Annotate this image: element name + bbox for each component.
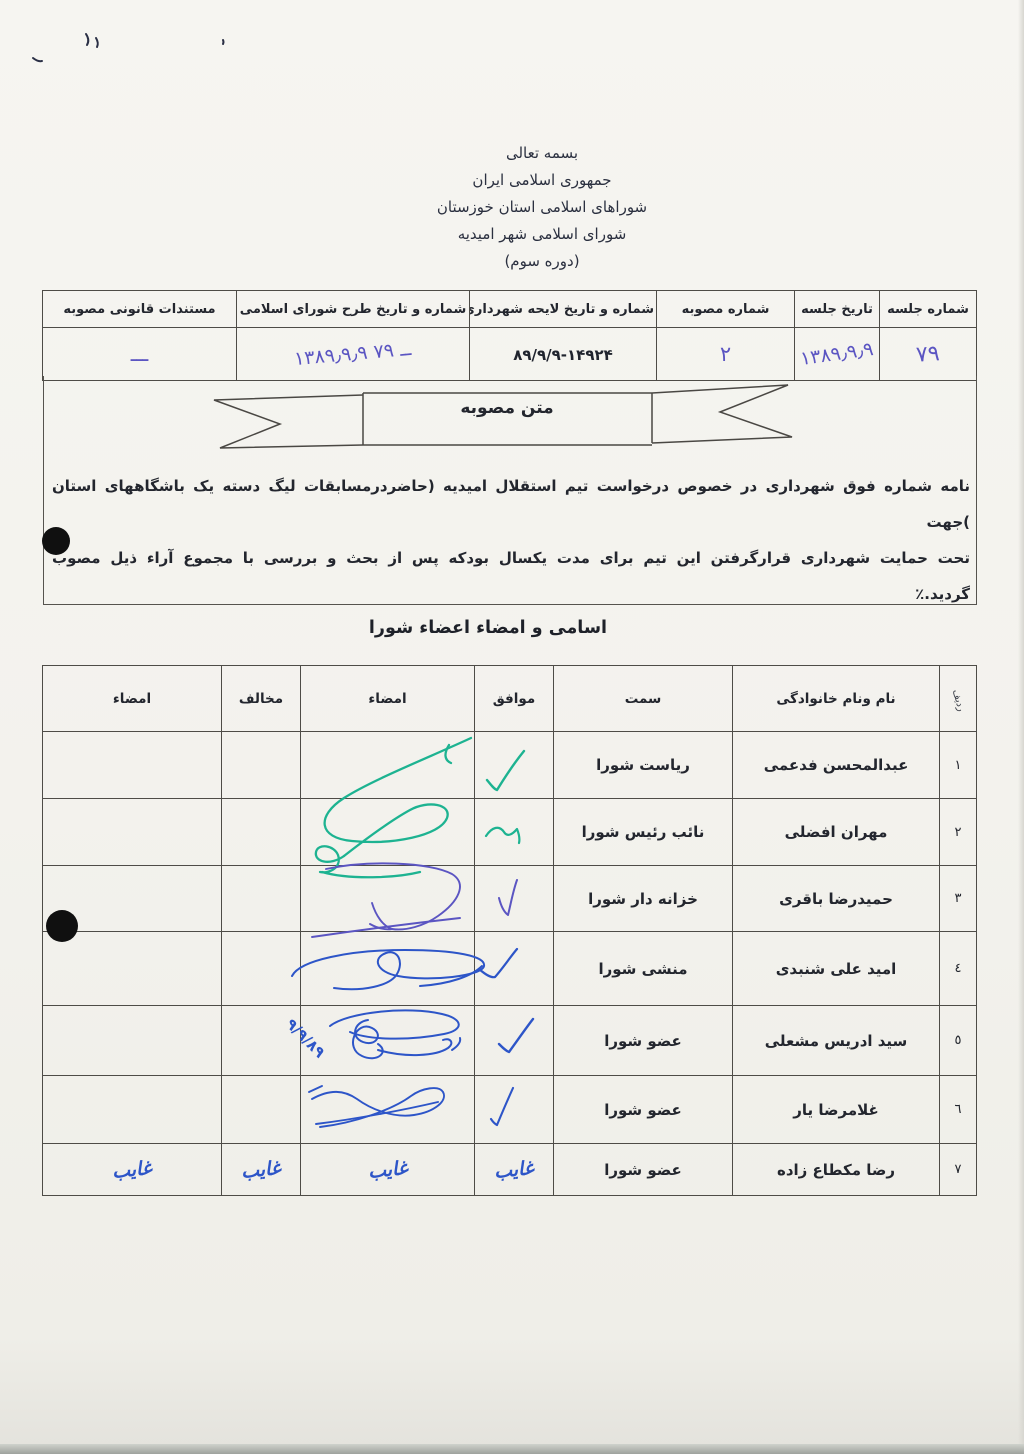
member-position: عضو شورا xyxy=(554,1076,733,1144)
scanned-council-resolution-page: بسمه تعالی جمهوری اسلامی ایران شوراهای ا… xyxy=(0,0,1024,1454)
row-no: ١ xyxy=(940,732,977,799)
member-row-3: ٣ حمیدرضا باقری خزانه دار شورا xyxy=(43,866,977,932)
pen-speck-marks xyxy=(33,34,224,61)
member-position: نائب رئیس شورا xyxy=(554,799,733,866)
member-row-4: ٤ امید علی شنبدی منشی شورا xyxy=(43,932,977,1006)
absent-mark-agree: غایب xyxy=(493,1156,535,1182)
meta-header-plan: شماره و تاریخ طرح شورای اسلامی xyxy=(237,291,470,328)
member-name: امید علی شنبدی xyxy=(733,932,940,1006)
row-no: ٢ xyxy=(940,799,977,866)
scan-edge-right xyxy=(1018,0,1024,1454)
member-position: ریاست شورا xyxy=(554,732,733,799)
members-header-row: ردیف نام ونام خانوادگی سمت موافق امضاء م… xyxy=(43,666,977,732)
absent-mark-signature: غایب xyxy=(367,1156,409,1182)
member-row-6: ٦ غلامرضا یار عضو شورا xyxy=(43,1076,977,1144)
row-no: ٦ xyxy=(940,1076,977,1144)
members-header-signature: امضاء xyxy=(301,666,475,732)
members-header-position: سمت xyxy=(554,666,733,732)
meta-header-session-date: تاریخ جلسه xyxy=(795,291,880,328)
members-header-oppose: مخالف xyxy=(222,666,301,732)
row-no: ٥ xyxy=(940,1006,977,1076)
header-country: جمهوری اسلامی ایران xyxy=(262,167,822,194)
body-line-1: نامه شماره فوق شهرداری در خصوص درخواست ت… xyxy=(52,468,970,540)
handwritten-session-no: ۷۹ xyxy=(915,341,940,368)
punch-mark-bottom xyxy=(46,910,78,942)
handwritten-plan-number-date: ۱۳۸۹٫۹٫۹ ــ ۷۹ xyxy=(294,338,413,370)
header-term: (دوره سوم) xyxy=(262,248,822,275)
members-table: ردیف نام ونام خانوادگی سمت موافق امضاء م… xyxy=(42,665,977,1196)
absent-mark-oppose: غایب xyxy=(240,1156,282,1182)
members-header-name: نام ونام خانوادگی xyxy=(733,666,940,732)
document-header: بسمه تعالی جمهوری اسلامی ایران شوراهای ا… xyxy=(262,140,822,275)
member-position: خزانه دار شورا xyxy=(554,866,733,932)
member-row-1: ١ عبدالمحسن فدعمی ریاست شورا xyxy=(43,732,977,799)
handwritten-resolution-no: ۲ xyxy=(720,342,731,366)
member-name: حمیدرضا باقری xyxy=(733,866,940,932)
member-position: عضو شورا xyxy=(554,1006,733,1076)
resolution-body-text: نامه شماره فوق شهرداری در خصوص درخواست ت… xyxy=(52,468,970,612)
member-position: عضو شورا xyxy=(554,1144,733,1196)
resolution-meta-table: شماره جلسه تاریخ جلسه شماره مصوبه شماره … xyxy=(42,290,977,381)
members-section-title: اسامی و امضاء اعضاء شورا xyxy=(288,618,688,638)
member-name: رضا مکطاع زاده xyxy=(733,1144,940,1196)
member-position: منشی شورا xyxy=(554,932,733,1006)
members-header-row-no: ردیف xyxy=(950,688,966,713)
meta-header-row: شماره جلسه تاریخ جلسه شماره مصوبه شماره … xyxy=(43,291,977,328)
member-name: سید ادریس مشعلی xyxy=(733,1006,940,1076)
meta-header-resolution-no: شماره مصوبه xyxy=(657,291,795,328)
member-name: مهران افضلی xyxy=(733,799,940,866)
row-no: ٤ xyxy=(940,932,977,1006)
meta-header-legal: مستندات قانونی مصوبه xyxy=(43,291,237,328)
row-no: ٧ xyxy=(940,1144,977,1196)
scan-edge-bottom xyxy=(0,1444,1024,1454)
member-row-5: ٥ سید ادریس مشعلی عضو شورا xyxy=(43,1006,977,1076)
handwritten-legal-dash: ـــ xyxy=(131,342,149,366)
body-line-3: گردید.٪ xyxy=(52,576,970,612)
member-row-7: ٧ رضا مکطاع زاده عضو شورا غایب غایب غایب… xyxy=(43,1144,977,1196)
members-header-signature2: امضاء xyxy=(43,666,222,732)
bill-number-date: ۸۹/۹/۹-۱۴۹۲۴ xyxy=(513,346,613,364)
meta-value-row: ۷۹ ۱۳۸۹٫۹٫۹ ۲ ۸۹/۹/۹-۱۴۹۲۴ ۱۳۸۹٫۹٫۹ ــ ۷… xyxy=(43,328,977,381)
meta-header-bill: شماره و تاریخ لایحه شهرداری xyxy=(470,291,657,328)
members-header-agree: موافق xyxy=(475,666,554,732)
member-name: عبدالمحسن فدعمی xyxy=(733,732,940,799)
punch-mark-top xyxy=(42,527,70,555)
header-city-council: شورای اسلامی شهر امیدیه xyxy=(262,221,822,248)
absent-mark-signature2: غایب xyxy=(111,1156,153,1182)
meta-header-session-no: شماره جلسه xyxy=(880,291,977,328)
banner-label: متن مصوبه xyxy=(371,398,643,418)
row-no: ٣ xyxy=(940,866,977,932)
header-province-councils: شوراهای اسلامی استان خوزستان xyxy=(262,194,822,221)
member-name: غلامرضا یار xyxy=(733,1076,940,1144)
header-basmala: بسمه تعالی xyxy=(262,140,822,167)
member-row-2: ٢ مهران افضلی نائب رئیس شورا xyxy=(43,799,977,866)
handwritten-session-date: ۱۳۸۹٫۹٫۹ xyxy=(799,338,875,370)
body-line-2: تحت حمایت شهرداری قرارگرفتن این تیم برای… xyxy=(52,540,970,576)
